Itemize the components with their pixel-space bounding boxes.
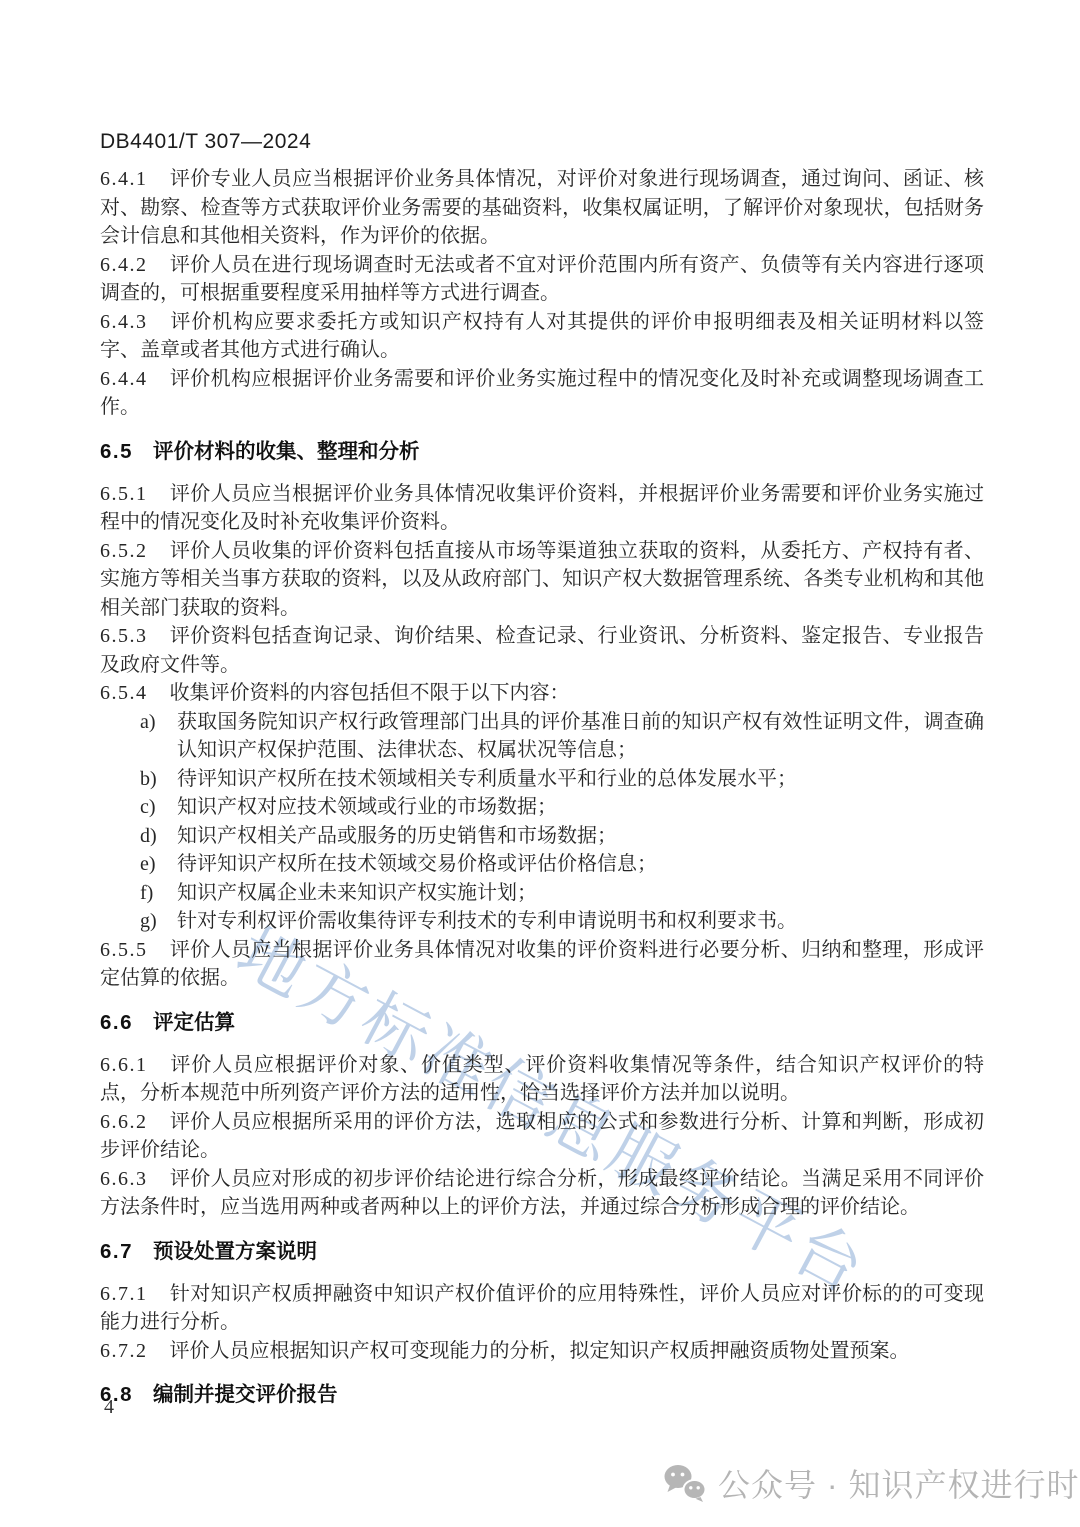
clause-text: 评价人员应当根据评价业务具体情况收集评价资料，并根据评价业务需要和评价业务实施过… — [100, 483, 984, 534]
clause-text: 评价专业人员应当根据评价业务具体情况，对评价对象进行现场调查，通过询问、函证、核… — [100, 168, 984, 247]
clause-number: 6.4.4 — [100, 368, 148, 390]
section-number: 6.5 — [100, 440, 133, 463]
clause-text: 评价人员应当根据评价业务具体情况对收集的评价资料进行必要分析、归纳和整理，形成评… — [100, 939, 984, 990]
section-heading-6-7: 6.7预设处置方案说明 — [100, 1234, 984, 1264]
list-letter: e) — [140, 850, 177, 879]
standard-code-header: DB4401/T 307—2024 — [100, 130, 984, 154]
clause-text: 评价人员收集的评价资料包括直接从市场等渠道独立获取的资料，从委托方、产权持有者、… — [100, 540, 984, 619]
clause-text: 评价机构应根据评价业务需要和评价业务实施过程中的情况变化及时补充或调整现场调查工… — [100, 368, 984, 419]
list-text: 针对专利权评价需收集待评专利技术的专利申请说明书和权利要求书。 — [177, 907, 984, 936]
clause-text: 针对知识产权质押融资中知识产权价值评价的应用特殊性，评价人员应对评价标的的可变现… — [100, 1283, 984, 1334]
page-number: 4 — [104, 1396, 114, 1419]
clause-text: 收集评价资料的内容包括但不限于以下内容： — [170, 682, 570, 704]
list-letter: b) — [140, 765, 177, 794]
clause-6-5-1: 6.5.1评价人员应当根据评价业务具体情况收集评价资料，并根据评价业务需要和评价… — [100, 480, 984, 537]
clause-text: 评价人员在进行现场调查时无法或者不宜对评价范围内所有资产、负债等有关内容进行逐项… — [100, 254, 984, 305]
clause-6-5-3: 6.5.3评价资料包括查询记录、询价结果、检查记录、行业资讯、分析资料、鉴定报告… — [100, 622, 984, 679]
clause-6-5-2: 6.5.2评价人员收集的评价资料包括直接从市场等渠道独立获取的资料，从委托方、产… — [100, 537, 984, 623]
clause-number: 6.4.1 — [100, 168, 148, 190]
list-letter: f) — [140, 879, 177, 908]
list-item-c: c)知识产权对应技术领域或行业的市场数据； — [100, 793, 984, 822]
wechat-account-label: 公众号 · 知识产权进行时 — [718, 1460, 1079, 1506]
clause-6-4-1: 6.4.1评价专业人员应当根据评价业务具体情况，对评价对象进行现场调查，通过询问… — [100, 165, 984, 251]
clause-number: 6.6.3 — [100, 1168, 148, 1190]
list-letter: g) — [140, 907, 177, 936]
list-text: 待评知识产权所在技术领域交易价格或评估价格信息； — [177, 850, 984, 879]
clause-6-7-1: 6.7.1针对知识产权质押融资中知识产权价值评价的应用特殊性，评价人员应对评价标… — [100, 1280, 984, 1337]
clause-text: 评价人员应对形成的初步评价结论进行综合分析，形成最终评价结论。当满足采用不同评价… — [100, 1168, 984, 1219]
clause-number: 6.5.4 — [100, 682, 148, 704]
clause-6-6-2: 6.6.2评价人员应根据所采用的评价方法，选取相应的公式和参数进行分析、计算和判… — [100, 1108, 984, 1165]
wechat-account-banner: 公众号 · 知识产权进行时 — [663, 1460, 1079, 1506]
clause-number: 6.5.2 — [100, 540, 148, 562]
clause-number: 6.7.1 — [100, 1283, 148, 1305]
list-item-e: e)待评知识产权所在技术领域交易价格或评估价格信息； — [100, 850, 984, 879]
list-item-b: b)待评知识产权所在技术领域相关专利质量水平和行业的总体发展水平； — [100, 765, 984, 794]
clause-number: 6.7.2 — [100, 1340, 148, 1362]
clause-6-5-5: 6.5.5评价人员应当根据评价业务具体情况对收集的评价资料进行必要分析、归纳和整… — [100, 936, 984, 993]
clause-6-6-3: 6.6.3评价人员应对形成的初步评价结论进行综合分析，形成最终评价结论。当满足采… — [100, 1165, 984, 1222]
section-number: 6.7 — [100, 1240, 133, 1263]
list-text: 知识产权对应技术领域或行业的市场数据； — [177, 793, 984, 822]
section-title: 评价材料的收集、整理和分析 — [153, 440, 420, 463]
clause-6-4-2: 6.4.2评价人员在进行现场调查时无法或者不宜对评价范围内所有资产、负债等有关内… — [100, 251, 984, 308]
section-title: 评定估算 — [153, 1011, 235, 1034]
clause-number: 6.5.3 — [100, 625, 148, 647]
clause-number: 6.4.2 — [100, 254, 148, 276]
section-title: 预设处置方案说明 — [153, 1240, 317, 1263]
list-text: 知识产权相关产品或服务的历史销售和市场数据； — [177, 822, 984, 851]
section-title: 编制并提交评价报告 — [153, 1383, 338, 1406]
section-heading-6-6: 6.6评定估算 — [100, 1005, 984, 1035]
list-text: 获取国务院知识产权行政管理部门出具的评价基准日前的知识产权有效性证明文件，调查确… — [177, 708, 984, 765]
list-letter: d) — [140, 822, 177, 851]
list-item-g: g)针对专利权评价需收集待评专利技术的专利申请说明书和权利要求书。 — [100, 907, 984, 936]
list-item-a: a)获取国务院知识产权行政管理部门出具的评价基准日前的知识产权有效性证明文件，调… — [100, 708, 984, 765]
clause-text: 评价人员应根据知识产权可变现能力的分析，拟定知识产权质押融资质物处置预案。 — [170, 1340, 910, 1362]
section-number: 6.6 — [100, 1011, 133, 1034]
document-page: 地方标准信息服务平台 DB4401/T 307—2024 6.4.1评价专业人员… — [0, 0, 1080, 1527]
clause-6-5-4: 6.5.4收集评价资料的内容包括但不限于以下内容： — [100, 679, 984, 708]
list-text: 待评知识产权所在技术领域相关专利质量水平和行业的总体发展水平； — [177, 765, 984, 794]
list-letter: c) — [140, 793, 177, 822]
clause-text: 评价资料包括查询记录、询价结果、检查记录、行业资讯、分析资料、鉴定报告、专业报告… — [100, 625, 984, 676]
clause-text: 评价人员应根据评价对象、价值类型、评价资料收集情况等条件，结合知识产权评价的特点… — [100, 1054, 984, 1105]
clause-number: 6.6.2 — [100, 1111, 148, 1133]
document-content: DB4401/T 307—2024 6.4.1评价专业人员应当根据评价业务具体情… — [100, 130, 984, 1423]
wechat-icon — [663, 1464, 707, 1502]
section-heading-6-8: 6.8编制并提交评价报告 — [100, 1377, 984, 1407]
section-heading-6-5: 6.5评价材料的收集、整理和分析 — [100, 434, 984, 464]
clause-number: 6.5.5 — [100, 939, 148, 961]
clause-6-6-1: 6.6.1评价人员应根据评价对象、价值类型、评价资料收集情况等条件，结合知识产权… — [100, 1051, 984, 1108]
clause-number: 6.4.3 — [100, 311, 148, 333]
list-item-d: d)知识产权相关产品或服务的历史销售和市场数据； — [100, 822, 984, 851]
clause-6-4-3: 6.4.3评价机构应要求委托方或知识产权持有人对其提供的评价申报明细表及相关证明… — [100, 308, 984, 365]
clause-number: 6.5.1 — [100, 483, 148, 505]
clause-6-4-4: 6.4.4评价机构应根据评价业务需要和评价业务实施过程中的情况变化及时补充或调整… — [100, 365, 984, 422]
clause-number: 6.6.1 — [100, 1054, 148, 1076]
clause-6-7-2: 6.7.2评价人员应根据知识产权可变现能力的分析，拟定知识产权质押融资质物处置预… — [100, 1337, 984, 1366]
clause-text: 评价机构应要求委托方或知识产权持有人对其提供的评价申报明细表及相关证明材料以签字… — [100, 311, 984, 362]
list-item-f: f)知识产权属企业未来知识产权实施计划； — [100, 879, 984, 908]
clause-text: 评价人员应根据所采用的评价方法，选取相应的公式和参数进行分析、计算和判断，形成初… — [100, 1111, 984, 1162]
list-letter: a) — [140, 708, 177, 765]
list-text: 知识产权属企业未来知识产权实施计划； — [177, 879, 984, 908]
